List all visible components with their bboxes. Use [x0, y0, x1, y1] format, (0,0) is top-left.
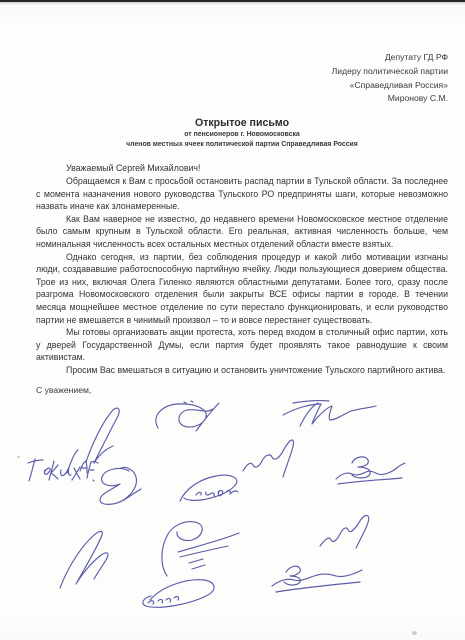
signature	[283, 401, 376, 426]
scan-speck	[17, 456, 20, 458]
letter-title: Открытое письмо	[36, 117, 448, 130]
recipient-line: Лидеру политической партии	[36, 65, 448, 79]
signature	[162, 522, 239, 576]
letter-paragraph: Мы готовы организовать акции протеста, х…	[36, 326, 448, 364]
signature	[60, 531, 108, 588]
signature	[156, 401, 219, 431]
scan-edge-shadow	[0, 2, 465, 5]
letter-subtitle-line: от пенсионеров г. Новомосковска	[36, 130, 448, 140]
signature	[143, 580, 214, 608]
letter-paragraph: Просим Вас вмешаться в ситуацию и остано…	[36, 364, 448, 377]
letter-body: Уважаемый Сергей Михайлович! Обращаемся …	[36, 162, 448, 376]
salutation: Уважаемый Сергей Михайлович!	[36, 162, 448, 175]
recipient-line: Депутату ГД РФ	[36, 51, 448, 65]
letter-paragraph: Обращаемся к Вам с просьбой остановить р…	[36, 175, 448, 213]
signature	[243, 440, 294, 477]
recipient-block: Депутату ГД РФ Лидеру политической парти…	[36, 51, 448, 106]
recipient-line: Миронову С.М.	[36, 92, 448, 106]
letter-paragraph: Однако сегодня, из партии, без соблюдени…	[36, 251, 448, 327]
signature	[272, 566, 362, 592]
signature	[28, 450, 98, 481]
signature	[86, 408, 119, 463]
letter-content: Депутату ГД РФ Лидеру политической парти…	[0, 51, 465, 395]
recipient-line: «Справедливая Россия»	[36, 79, 448, 93]
letter-subtitle-line: членов местных ячеек политической партии…	[36, 140, 448, 150]
letter-paragraph: Как Вам наверное не известно, до недавне…	[36, 213, 448, 251]
scan-speck	[412, 631, 417, 635]
signature	[336, 457, 405, 484]
title-block: Открытое письмо от пенсионеров г. Новомо…	[36, 117, 448, 149]
signature	[100, 467, 141, 504]
signature	[320, 515, 369, 548]
letter-page: Депутату ГД РФ Лидеру политической парти…	[0, 0, 465, 640]
signature	[180, 475, 238, 501]
closing-line: С уважением,	[36, 385, 448, 395]
